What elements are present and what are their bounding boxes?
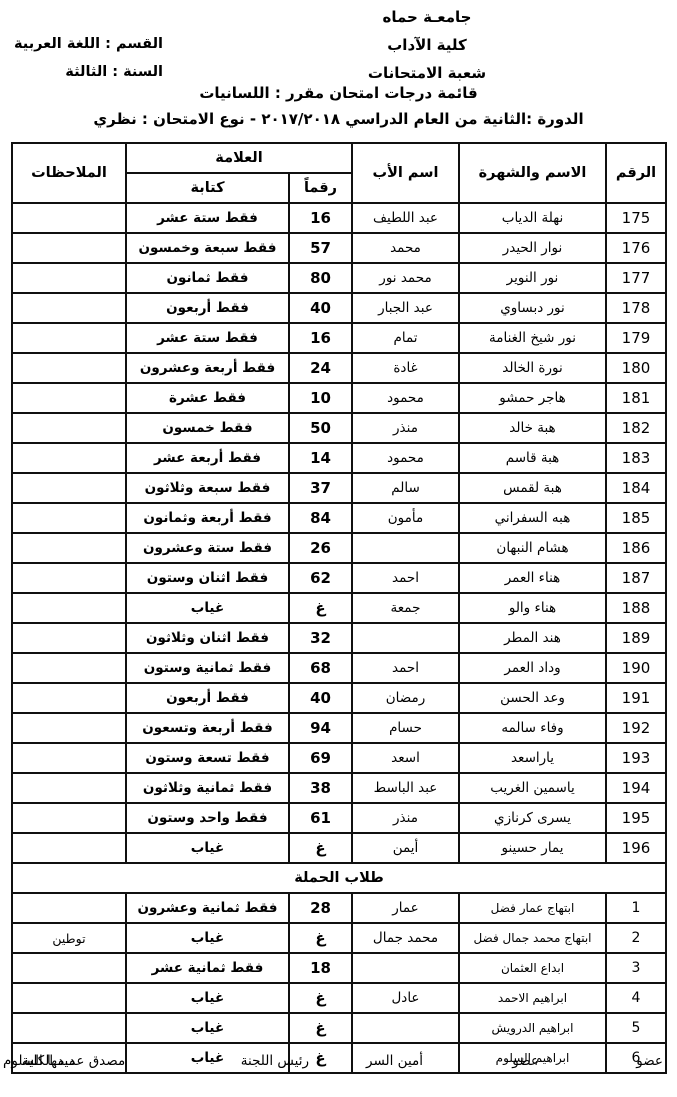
mark-written: فقط أربعة وعشرون [126,353,289,383]
session-line: الدورة :الثانية من العام الدراسي ٢٠١٧/٢٠… [0,110,677,128]
student-name: هند المطر [459,623,606,653]
mark-written: فقط ثمانية وعشرون [126,893,289,923]
father-name: جمعة [352,593,459,623]
notes [12,623,126,653]
table-row: 181هاجر حمشومحمود10فقط عشرة [12,383,666,413]
row-number: 180 [606,353,666,383]
notes [12,833,126,863]
father-name: تمام [352,323,459,353]
notes [12,683,126,713]
mark-written: فقط واحد وستون [126,803,289,833]
row-number: 4 [606,983,666,1013]
row-number: 183 [606,443,666,473]
mark-written: فقط تسعة وستون [126,743,289,773]
row-number: 176 [606,233,666,263]
student-name: ياسمين الغريب [459,773,606,803]
mark-numeric: 26 [289,533,352,563]
table-row: 178نور دبساويعبد الجبار40فقط أربعون [12,293,666,323]
mark-written: فقط أربعون [126,683,289,713]
notes [12,503,126,533]
mark-written: فقط ثمانون [126,263,289,293]
division-name: شعبة الامتحانات [327,59,527,87]
mark-written: فقط سبعة وخمسون [126,233,289,263]
table-row: 1ابتهاج عمار فضلعمار28فقط ثمانية وعشرون [12,893,666,923]
table-row: 193ياراسعداسعد69فقط تسعة وستون [12,743,666,773]
student-name: نور دبساوي [459,293,606,323]
student-name: يمار حسينو [459,833,606,863]
notes [12,293,126,323]
mark-numeric: 50 [289,413,352,443]
mark-numeric: 38 [289,773,352,803]
student-name: هبه السفراني [459,503,606,533]
notes [12,203,126,233]
notes [12,233,126,263]
mark-numeric: 40 [289,683,352,713]
father-name [352,623,459,653]
student-name: وفاء سالمه [459,713,606,743]
column-header-mark-numeric: رقماً [289,173,352,203]
student-name: هاجر حمشو [459,383,606,413]
father-name: منذر [352,413,459,443]
header-center-block: جامعـة حماه كلية الآداب شعبة الامتحانات [327,3,527,87]
table-row: 185هبه السفرانيمأمون84فقط أربعة وثمانون [12,503,666,533]
mark-written: فقط أربعة وثمانون [126,503,289,533]
mark-written: فقط عشرة [126,383,289,413]
table-row: 195يسرى كرنازيمنذر61فقط واحد وستون [12,803,666,833]
table-row: 190وداد العمراحمد68فقط ثمانية وستون [12,653,666,683]
father-name [352,953,459,983]
column-header-mark: العلامة [126,143,352,173]
notes [12,653,126,683]
notes [12,1013,126,1043]
faculty-name: كلية الآداب [327,31,527,59]
mark-numeric: 14 [289,443,352,473]
notes [12,953,126,983]
mark-numeric: 32 [289,623,352,653]
father-name [352,533,459,563]
mark-written: فقط سبعة وثلاثون [126,473,289,503]
notes [12,263,126,293]
row-number: 192 [606,713,666,743]
notes [12,893,126,923]
mark-written: فقط اثنان وستون [126,563,289,593]
father-name: غادة [352,353,459,383]
mark-numeric: 10 [289,383,352,413]
father-name: منذر [352,803,459,833]
signature-footer: عضو عضو أمين السر رئيس اللجنة مصدق عميد … [0,1053,677,1097]
mark-written: فقط ستة عشر [126,323,289,353]
father-name: عبد الباسط [352,773,459,803]
father-name: احمد [352,653,459,683]
father-name: احمد [352,563,459,593]
table-row: 188هناء والوجمعةغغياب [12,593,666,623]
mark-numeric: 18 [289,953,352,983]
father-name: عادل [352,983,459,1013]
table-row: 182هبة خالدمنذر50فقط خمسون [12,413,666,443]
father-name: محمد جمال [352,923,459,953]
student-name: نور شيخ الغنامة [459,323,606,353]
mark-numeric: غ [289,983,352,1013]
student-name: هبة قاسم [459,443,606,473]
notes [12,593,126,623]
notes [12,983,126,1013]
campaign-student-rows: 1ابتهاج عمار فضلعمار28فقط ثمانية وعشرون2… [12,893,666,1073]
mark-numeric: 57 [289,233,352,263]
row-number: 3 [606,953,666,983]
table-row: 3ابداع العثمان18فقط ثمانية عشر [12,953,666,983]
notes [12,323,126,353]
mark-numeric: غ [289,593,352,623]
mark-numeric: غ [289,1013,352,1043]
dean-name: د.مها السلوم [3,1053,75,1069]
row-number: 1 [606,893,666,923]
table-row: 180نورة الخالدغادة24فقط أربعة وعشرون [12,353,666,383]
campaign-section: طلاب الحملة [12,863,666,893]
row-number: 187 [606,563,666,593]
father-name: عبد الجبار [352,293,459,323]
mark-written: فقط ثمانية عشر [126,953,289,983]
student-name: ابتهاج عمار فضل [459,893,606,923]
table-row: 196يمار حسينوأيمنغغياب [12,833,666,863]
mark-numeric: 84 [289,503,352,533]
table-row: 183هبة قاسممحمود14فقط أربعة عشر [12,443,666,473]
student-name: نور النوير [459,263,606,293]
notes [12,773,126,803]
row-number: 186 [606,533,666,563]
column-header-name: الاسم والشهرة [459,143,606,203]
mark-numeric: 80 [289,263,352,293]
student-name: هشام النبهان [459,533,606,563]
signature-member-2: عضو [512,1053,539,1069]
notes [12,533,126,563]
table-row: 192وفاء سالمهحسام94فقط أربعة وتسعون [12,713,666,743]
father-name: محمد نور [352,263,459,293]
mark-numeric: 16 [289,203,352,233]
grades-table: الرقم الاسم والشهرة اسم الأب العلامة الم… [11,142,667,1074]
campaign-section-title: طلاب الحملة [12,863,666,893]
student-name: هناء العمر [459,563,606,593]
main-student-rows: 175نهلة الديابعبد اللطيف16فقط ستة عشر176… [12,203,666,863]
mark-written: غياب [126,983,289,1013]
mark-numeric: 69 [289,743,352,773]
list-title: قائمة درجات امتحان مقرر : اللسانيات [0,84,677,102]
mark-written: فقط اثنان وثلاثون [126,623,289,653]
table-row: 5ابراهيم الدرويشغغياب [12,1013,666,1043]
mark-numeric: غ [289,833,352,863]
notes [12,383,126,413]
student-name: ابراهيم الاحمد [459,983,606,1013]
notes [12,473,126,503]
student-name: ابراهيم الدرويش [459,1013,606,1043]
father-name: اسعد [352,743,459,773]
grade-sheet-page: { "colors": {"background": "#ffffff", "t… [0,0,677,1097]
student-name: ابتهاج محمد جمال فضل [459,923,606,953]
father-name: أيمن [352,833,459,863]
row-number: 181 [606,383,666,413]
mark-written: فقط ستة عشر [126,203,289,233]
row-number: 177 [606,263,666,293]
row-number: 195 [606,803,666,833]
table-row: 175نهلة الديابعبد اللطيف16فقط ستة عشر [12,203,666,233]
mark-numeric: 62 [289,563,352,593]
year-label: السنة : الثالثة [14,58,163,86]
table-row: 186هشام النبهان26فقط ستة وعشرون [12,533,666,563]
father-name: رمضان [352,683,459,713]
mark-written: فقط أربعون [126,293,289,323]
mark-numeric: 40 [289,293,352,323]
row-number: 178 [606,293,666,323]
student-name: نوار الحيدر [459,233,606,263]
department-label: القسم : اللغة العربية [14,30,163,58]
row-number: 193 [606,743,666,773]
table-row: 177نور النويرمحمد نور80فقط ثمانون [12,263,666,293]
father-name: محمد [352,233,459,263]
row-number: 179 [606,323,666,353]
notes: توطين [12,923,126,953]
student-name: وداد العمر [459,653,606,683]
table-row: 2ابتهاج محمد جمال فضلمحمد جمالغغيابتوطين [12,923,666,953]
column-header-notes: الملاحظات [12,143,126,203]
mark-written: غياب [126,1013,289,1043]
row-number: 182 [606,413,666,443]
signature-secretary: أمين السر [366,1053,423,1069]
column-header-mark-written: كتابة [126,173,289,203]
father-name: عمار [352,893,459,923]
mark-numeric: 16 [289,323,352,353]
row-number: 189 [606,623,666,653]
table-row: 194ياسمين الغريبعبد الباسط38فقط ثمانية و… [12,773,666,803]
column-header-father: اسم الأب [352,143,459,203]
father-name: مأمون [352,503,459,533]
mark-written: فقط أربعة وتسعون [126,713,289,743]
mark-written: فقط خمسون [126,413,289,443]
student-name: ابداع العثمان [459,953,606,983]
mark-written: فقط أربعة عشر [126,443,289,473]
university-name: جامعـة حماه [327,3,527,31]
table-row: 191وعد الحسنرمضان40فقط أربعون [12,683,666,713]
mark-numeric: 94 [289,713,352,743]
notes [12,413,126,443]
column-header-number: الرقم [606,143,666,203]
father-name: عبد اللطيف [352,203,459,233]
campaign-section-row: طلاب الحملة [12,863,666,893]
student-name: هبة خالد [459,413,606,443]
table-row: 176نوار الحيدرمحمد57فقط سبعة وخمسون [12,233,666,263]
student-name: وعد الحسن [459,683,606,713]
mark-numeric: 37 [289,473,352,503]
notes [12,713,126,743]
mark-numeric: 61 [289,803,352,833]
mark-written: فقط ثمانية وستون [126,653,289,683]
table-row: 187هناء العمراحمد62فقط اثنان وستون [12,563,666,593]
table-row: 179نور شيخ الغنامةتمام16فقط ستة عشر [12,323,666,353]
table-row: 189هند المطر32فقط اثنان وثلاثون [12,623,666,653]
student-name: هبة لقمس [459,473,606,503]
signature-committee-chair: رئيس اللجنة [241,1053,309,1069]
table-header: الرقم الاسم والشهرة اسم الأب العلامة الم… [12,143,666,203]
mark-numeric: 24 [289,353,352,383]
student-name: هناء والو [459,593,606,623]
row-number: 5 [606,1013,666,1043]
student-name: نورة الخالد [459,353,606,383]
father-name: محمود [352,443,459,473]
mark-numeric: 68 [289,653,352,683]
row-number: 190 [606,653,666,683]
notes [12,443,126,473]
student-name: ياراسعد [459,743,606,773]
notes [12,563,126,593]
row-number: 185 [606,503,666,533]
mark-written: فقط ستة وعشرون [126,533,289,563]
signature-member-1: عضو [636,1053,663,1069]
row-number: 194 [606,773,666,803]
student-name: نهلة الدياب [459,203,606,233]
father-name: سالم [352,473,459,503]
row-number: 191 [606,683,666,713]
father-name: محمود [352,383,459,413]
mark-written: غياب [126,923,289,953]
header-left-block: القسم : اللغة العربية السنة : الثالثة [14,30,163,86]
mark-numeric: غ [289,923,352,953]
student-name: يسرى كرنازي [459,803,606,833]
mark-numeric: 28 [289,893,352,923]
table-row: 184هبة لقمسسالم37فقط سبعة وثلاثون [12,473,666,503]
father-name: حسام [352,713,459,743]
mark-written: غياب [126,593,289,623]
mark-written: غياب [126,833,289,863]
notes [12,353,126,383]
row-number: 196 [606,833,666,863]
row-number: 175 [606,203,666,233]
row-number: 188 [606,593,666,623]
row-number: 184 [606,473,666,503]
row-number: 2 [606,923,666,953]
mark-written: فقط ثمانية وثلاثون [126,773,289,803]
notes [12,743,126,773]
father-name [352,1013,459,1043]
notes [12,803,126,833]
table-row: 4ابراهيم الاحمدعادلغغياب [12,983,666,1013]
